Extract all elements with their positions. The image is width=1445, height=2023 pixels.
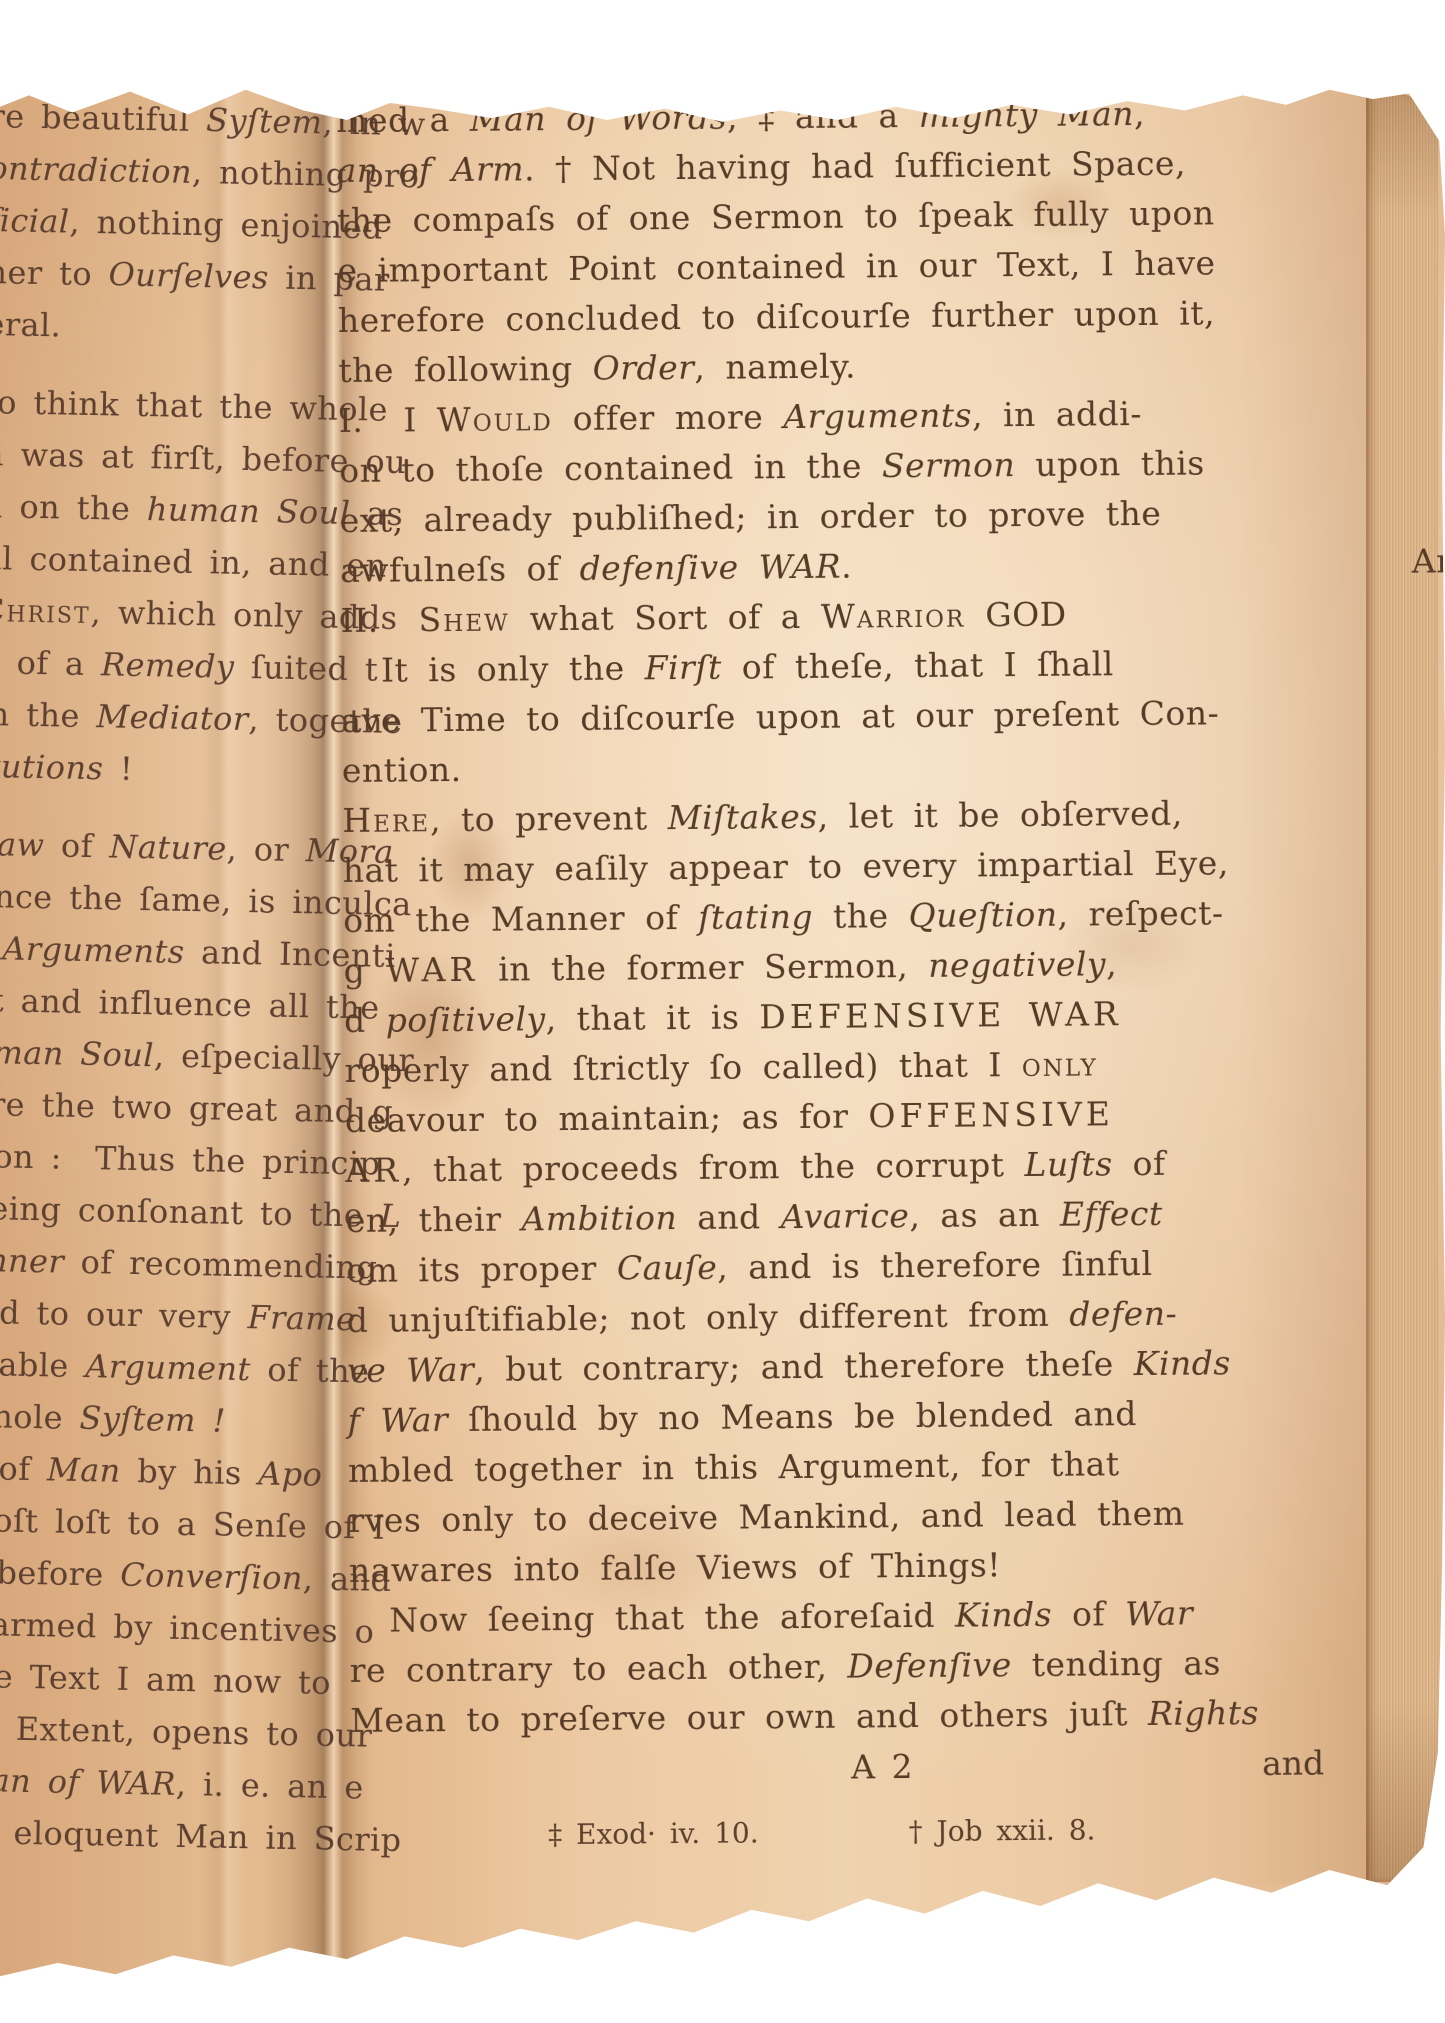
text-segment: Avarice bbox=[781, 1196, 910, 1236]
text-segment: , to prevent bbox=[430, 798, 668, 839]
text-line: are the two great and g bbox=[0, 1078, 391, 1138]
text-line: y of Man by his Apo bbox=[0, 1442, 384, 1502]
text-segment: WAR bbox=[385, 950, 478, 990]
text-segment: tending as bbox=[1012, 1643, 1222, 1684]
text-segment: War bbox=[1125, 1594, 1193, 1634]
text-segment: ct and influence all the bbox=[0, 981, 380, 1027]
text-segment: Mean to preſerve our own and others juſt bbox=[350, 1694, 1148, 1740]
text-segment: Luſts bbox=[1024, 1144, 1112, 1184]
text-segment: her to bbox=[0, 253, 109, 293]
text-segment: the Text I am now to bbox=[0, 1657, 331, 1702]
text-line: the compaſs of one Sermon to ſpeak fully… bbox=[337, 187, 1337, 246]
text-segment: Kinds bbox=[955, 1595, 1052, 1635]
text-line: hat it may eaſily appear to every impart… bbox=[343, 837, 1343, 896]
text-line: Man of WAR, i. e. an e bbox=[0, 1754, 378, 1814]
text-line: n of a Remedy ſuited t bbox=[0, 636, 399, 696]
text-line: in the Mediator, togethe bbox=[0, 688, 398, 748]
text-segment: , or bbox=[226, 830, 306, 870]
text-segment: in the former Sermon, bbox=[478, 946, 928, 989]
text-segment: re contrary to each other, bbox=[350, 1647, 848, 1690]
text-segment: Apo bbox=[258, 1454, 323, 1493]
text-segment: Effect bbox=[1060, 1194, 1163, 1234]
text-segment: defen- bbox=[1069, 1294, 1177, 1334]
text-segment: Shew bbox=[418, 600, 509, 640]
text-segment: upon this bbox=[1015, 443, 1205, 484]
text-segment: being conſonant to the bbox=[0, 1189, 380, 1235]
text-line: moſt loſt to a Senſe of I bbox=[0, 1494, 383, 1554]
text-segment: e important Point contained in our Text,… bbox=[337, 243, 1215, 290]
text-segment: Defenſive bbox=[847, 1645, 1012, 1685]
text-line: ention. bbox=[342, 737, 1342, 796]
text-line: ave Time to diſcourſe upon at our preſen… bbox=[341, 687, 1341, 746]
text-line: being conſonant to the L bbox=[0, 1182, 389, 1242]
text-segment: nawares into falſe Views of Things! bbox=[349, 1545, 1001, 1590]
text-segment: om the Manner of bbox=[343, 898, 698, 940]
text-line: mbled together in this Argument, for tha… bbox=[348, 1437, 1348, 1496]
text-segment: anner bbox=[0, 1241, 64, 1281]
text-segment: , ‡ and a bbox=[727, 96, 919, 137]
text-segment: in the bbox=[0, 695, 97, 735]
text-line: the following Order, namely. bbox=[338, 337, 1338, 396]
text-segment: of bbox=[1052, 1594, 1125, 1634]
text-segment: Christ bbox=[0, 591, 91, 631]
text-segment: DEFENSIVE WAR bbox=[759, 994, 1122, 1036]
text-segment: of bbox=[44, 826, 110, 865]
text-segment: the bbox=[813, 896, 909, 936]
text-segment: , in addi- bbox=[972, 394, 1142, 434]
text-line: om the Manner of ſtating the Queſtion, r… bbox=[343, 887, 1343, 946]
signature-line: A 2 and bbox=[336, 1743, 1336, 1791]
text-line: Law of Nature, or Mora bbox=[0, 818, 396, 878]
text-segment: ill contained in, and en bbox=[0, 539, 387, 585]
text-segment: Cauſe bbox=[617, 1248, 718, 1288]
text-segment: . And bbox=[841, 541, 1445, 586]
text-segment: awfulneſs of bbox=[340, 549, 580, 590]
text-segment: alarmed by incentives o bbox=[0, 1605, 375, 1651]
text-segment: AR bbox=[345, 1150, 402, 1189]
text-segment: Miſtakes bbox=[668, 797, 818, 837]
right-page-text: med a Man of Words, ‡ and a mighty Man,a… bbox=[336, 87, 1350, 1746]
text-segment: whole bbox=[0, 1397, 80, 1437]
text-line: uman Soul, eſpecially our bbox=[0, 1026, 392, 1086]
text-segment: deavour to maintain; as for bbox=[345, 1096, 869, 1140]
text-line: med a Man of Words, ‡ and a mighty Man, bbox=[336, 87, 1336, 146]
text-segment: ted to our very bbox=[0, 1293, 248, 1336]
text-line: Now ſeeing that the aforeſaid Kinds of W… bbox=[349, 1587, 1349, 1646]
text-segment: en, their bbox=[346, 1199, 522, 1240]
text-segment: y before bbox=[0, 1553, 121, 1594]
text-segment: uman Soul bbox=[0, 1033, 154, 1074]
text-line: ance the ſame, is inculca bbox=[0, 870, 395, 930]
text-segment: rves only to deceive Mankind, and lead t… bbox=[348, 1494, 1184, 1540]
text-segment: , that it is bbox=[545, 997, 759, 1038]
text-segment: ext, already publiſhed; in order to prov… bbox=[340, 494, 1162, 540]
text-segment: otable bbox=[0, 1345, 86, 1385]
text-segment: of bbox=[1112, 1144, 1165, 1183]
text-segment: f War bbox=[347, 1400, 448, 1440]
text-segment: offer more bbox=[553, 397, 784, 438]
text-segment: the compaſs of one Sermon to ſpeak fully… bbox=[337, 193, 1215, 240]
text-segment: Here bbox=[342, 800, 430, 840]
text-line: I. I Would offer more Arguments, in addi… bbox=[339, 387, 1339, 446]
text-segment: by his bbox=[120, 1452, 258, 1493]
text-segment: ficial bbox=[0, 201, 70, 241]
text-line: otable Argument of the bbox=[0, 1338, 386, 1398]
text-segment: , let it be obſerved, bbox=[818, 794, 1183, 836]
text-segment: Man of Words bbox=[470, 98, 728, 139]
text-segment: OFFENSIVE bbox=[868, 1094, 1114, 1135]
text-segment: Now ſeeing that the aforeſaid bbox=[349, 1596, 955, 1640]
text-line: an of Arm. † Not having had ſufficient S… bbox=[336, 137, 1336, 196]
text-line: om its proper Cauſe, and is therefore ſi… bbox=[346, 1237, 1346, 1296]
text-segment: Kinds bbox=[1134, 1343, 1231, 1383]
signature-mark: A 2 bbox=[851, 1747, 913, 1787]
text-line: an eloquent Man in Scrip bbox=[0, 1806, 377, 1866]
text-line: alarmed by incentives o bbox=[0, 1598, 381, 1658]
text-line: y before Converſion, and bbox=[0, 1546, 382, 1606]
text-segment: Law bbox=[0, 825, 45, 864]
text-segment: the following bbox=[338, 349, 593, 390]
text-line: re contrary to each other, Defenſive ten… bbox=[350, 1637, 1350, 1696]
text-line: d unjuſtifiable; not only different from… bbox=[346, 1287, 1346, 1346]
text-segment: itutions bbox=[0, 747, 104, 787]
text-segment: eral. bbox=[0, 305, 62, 344]
text-segment: Argument bbox=[85, 1347, 251, 1388]
text-segment: ſtating bbox=[698, 897, 813, 937]
text-line: AR, that proceeds from the corrupt Luſts… bbox=[345, 1137, 1345, 1196]
text-segment: I. I bbox=[339, 400, 437, 440]
text-segment: and bbox=[677, 1197, 781, 1237]
text-line: awfulneſs of defenſive WAR. And bbox=[340, 537, 1340, 596]
text-segment: its Extent, opens to our bbox=[0, 1709, 373, 1755]
text-segment: to think that the whole bbox=[0, 383, 388, 429]
text-line: ve War, but contrary; and therefore theſ… bbox=[347, 1337, 1347, 1396]
text-line: en, their Ambition and Avarice, as an Ef… bbox=[346, 1187, 1346, 1246]
text-line: g WAR in the former Sermon, negatively, bbox=[343, 937, 1343, 996]
text-line: nawares into falſe Views of Things! bbox=[349, 1537, 1349, 1596]
text-line: Mean to preſerve our own and others juſt… bbox=[350, 1687, 1350, 1746]
text-segment: re beautiful bbox=[0, 97, 206, 139]
text-segment: n of a bbox=[0, 643, 101, 683]
text-segment: ave Time to diſcourſe upon at our preſen… bbox=[341, 693, 1219, 740]
text-line: deavour to maintain; as for OFFENSIVE bbox=[345, 1087, 1345, 1146]
text-segment: , namely. bbox=[694, 346, 856, 386]
footnote-job: † Job xxii. 8. bbox=[908, 1813, 1095, 1848]
text-line: rves only to deceive Mankind, and lead t… bbox=[348, 1487, 1348, 1546]
text-segment: poſitively bbox=[386, 999, 546, 1039]
text-segment: y of bbox=[0, 1449, 47, 1489]
text-segment: ſhould by no Means be blended and bbox=[448, 1394, 1137, 1439]
text-segment: , but contrary; and therefore theſe bbox=[474, 1344, 1134, 1389]
text-segment: II. bbox=[340, 600, 418, 640]
text-line: d poſitively, that it is DEFENSIVE WAR bbox=[344, 987, 1344, 1046]
text-segment: Order bbox=[592, 348, 694, 388]
text-segment: what Sort of a bbox=[510, 597, 821, 639]
text-segment: on to thoſe contained in the bbox=[339, 446, 882, 490]
text-segment: , that proceeds from the corrupt bbox=[402, 1145, 1025, 1189]
text-line: It is only the Firſt of theſe, that I ſh… bbox=[341, 637, 1341, 696]
text-segment: ! bbox=[103, 749, 134, 788]
text-line: f War ſhould by no Means be blended and bbox=[347, 1387, 1347, 1446]
text-segment: Syſtem bbox=[206, 101, 323, 141]
book-fore-edge bbox=[1366, 92, 1438, 1882]
text-segment: roperly and ſtrictly ſo called) that I bbox=[344, 1045, 1022, 1090]
text-segment: Frame bbox=[247, 1298, 356, 1338]
text-segment: moſt loſt to a Senſe of I bbox=[0, 1501, 386, 1547]
text-line: its Extent, opens to our bbox=[0, 1702, 379, 1762]
text-line: whole Syſtem ! bbox=[0, 1390, 385, 1450]
text-line: Here, to prevent Miſtakes, let it be obſ… bbox=[342, 787, 1342, 846]
text-line: II. Shew what Sort of a Warrior GOD bbox=[340, 587, 1340, 646]
text-segment: It is only the bbox=[341, 648, 645, 690]
text-segment: . † Not having had ſufficient Space, bbox=[524, 144, 1186, 189]
text-segment: Man bbox=[47, 1450, 121, 1489]
catchword: and bbox=[1262, 1743, 1324, 1783]
text-segment: Arguments bbox=[2, 929, 185, 970]
text-segment: d on the bbox=[0, 487, 147, 528]
text-segment: Man of WAR bbox=[0, 1761, 176, 1803]
text-segment: Sermon bbox=[882, 445, 1016, 485]
text-line: anner of recommending bbox=[0, 1234, 388, 1294]
text-segment: tion : Thus the princip bbox=[0, 1137, 381, 1183]
text-line: on to thoſe contained in the Sermon upon… bbox=[339, 437, 1339, 496]
text-segment: human Soul bbox=[147, 490, 351, 532]
text-segment: Nature bbox=[109, 827, 227, 867]
text-line: tion : Thus the princip bbox=[0, 1130, 390, 1190]
text-segment: om its proper bbox=[346, 1249, 617, 1290]
text-segment: Mediator bbox=[96, 697, 249, 738]
footnote-exodus: ‡ Exod· iv. 10. bbox=[548, 1816, 759, 1851]
text-segment: Warrior bbox=[821, 596, 966, 636]
text-line: roperly and ſtrictly ſo called) that I o… bbox=[344, 1037, 1344, 1096]
text-segment: Syſtem ! bbox=[79, 1399, 226, 1440]
text-segment: , reſpect- bbox=[1057, 893, 1223, 933]
text-segment: ention. bbox=[342, 750, 462, 790]
text-segment: GOD bbox=[965, 595, 1067, 635]
footnote-line: ‡ Exod· iv. 10. † Job xxii. 8. bbox=[336, 1811, 1336, 1853]
text-segment: , as an bbox=[909, 1195, 1060, 1235]
text-segment: only bbox=[1022, 1044, 1098, 1084]
open-book: re beautiful Syſtem, in wontradiction, n… bbox=[0, 84, 1445, 1980]
text-line: the Text I am now to bbox=[0, 1650, 380, 1710]
text-segment: ve War bbox=[347, 1350, 475, 1390]
text-segment: Firſt bbox=[644, 648, 722, 688]
text-segment: are the two great and g bbox=[0, 1085, 393, 1131]
text-segment: med a bbox=[336, 100, 470, 140]
text-segment: d unjuſtifiable; not only different from bbox=[347, 1295, 1070, 1340]
text-line: ct and influence all the bbox=[0, 974, 393, 1034]
text-line: ted to our very Frame bbox=[0, 1286, 387, 1346]
text-segment: d bbox=[344, 1001, 386, 1040]
text-segment: Queſtion bbox=[908, 895, 1057, 935]
text-segment: , and is therefore ſinful bbox=[717, 1244, 1153, 1287]
text-segment: g bbox=[343, 951, 385, 990]
text-segment: Ourſelves bbox=[108, 255, 269, 296]
text-segment: Rights bbox=[1148, 1693, 1259, 1733]
text-line: itutions ! bbox=[0, 740, 397, 800]
text-segment: of theſe, that I ſhall bbox=[722, 644, 1114, 686]
text-segment: Arguments bbox=[783, 395, 972, 436]
text-segment: mighty Man bbox=[918, 94, 1134, 135]
text-segment: Would bbox=[437, 399, 553, 439]
photo-background: re beautiful Syſtem, in wontradiction, n… bbox=[0, 0, 1445, 2023]
text-line: herefore concluded to diſcourſe further … bbox=[338, 287, 1338, 346]
text-segment: Converſion bbox=[120, 1556, 303, 1597]
text-line: e important Point contained in our Text,… bbox=[337, 237, 1337, 296]
text-line: ext, already publiſhed; in order to prov… bbox=[339, 487, 1339, 546]
text-segment: hat it may eaſily appear to every impart… bbox=[343, 843, 1229, 890]
text-segment: Ambition bbox=[521, 1198, 677, 1238]
text-segment: , bbox=[1106, 944, 1117, 983]
text-segment: Remedy bbox=[101, 645, 235, 686]
text-segment: an of Arm bbox=[336, 149, 524, 190]
text-segment: of recommending bbox=[64, 1243, 378, 1287]
text-segment: negatively bbox=[928, 944, 1106, 985]
text-segment: herefore concluded to diſcourſe further … bbox=[338, 293, 1215, 340]
text-segment: ontradiction bbox=[0, 149, 192, 191]
text-segment: , bbox=[1134, 94, 1145, 133]
text-segment: defenſive WAR bbox=[579, 547, 841, 588]
text-line: f Arguments and Incenti bbox=[0, 922, 394, 982]
text-segment: mbled together in this Argument, for tha… bbox=[348, 1444, 1120, 1490]
